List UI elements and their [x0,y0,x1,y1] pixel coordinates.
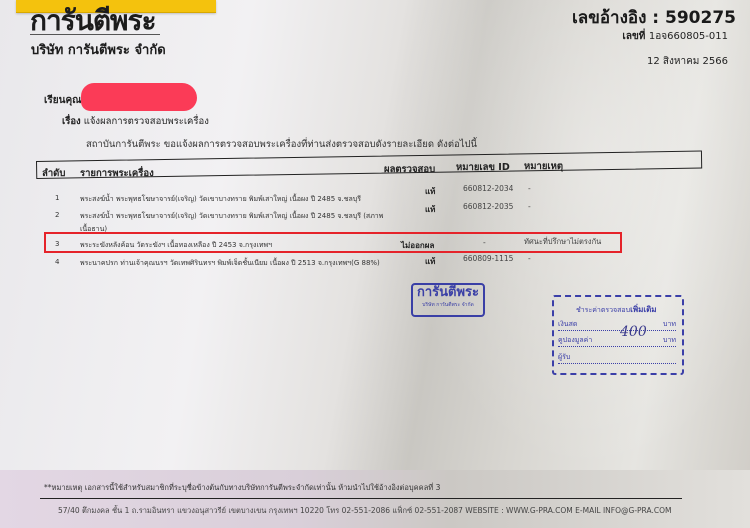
row-3-note: ทัศนะที่ปรึกษาไม่ตรงกัน [524,236,601,248]
row-4-no: 4 [55,258,59,266]
stamp-logo-subtitle: บริษัท การันตีพระ จำกัด [413,301,483,309]
row-1-no: 1 [55,194,59,202]
row-3-id: - [483,238,486,247]
header-no: ลำดับ [42,166,65,181]
coupon-unit: บาท [663,335,676,346]
row-2-result: แท้ [425,203,435,216]
logo-divider [30,34,160,35]
row-1-item: พระสงฆ์น้ำ พระพุทธโฆษาจารย์(เจริญ) วัดเข… [80,194,361,205]
row-3-item: พระระฆังหลังค้อน วัดระฆังฯ เนื้อทองเหลือ… [80,240,272,251]
payment-stamp-title-prefix: ชำระค่าตรวจสอบ [576,306,630,314]
recipient-label: เรียนคุณ [44,93,81,108]
row-3-no: 3 [55,240,59,248]
cash-unit: บาท [663,319,676,330]
row-2-note: - [528,202,531,211]
document-date: 12 สิงหาคม 2566 [647,54,728,69]
row-2-id: 660812-2035 [463,202,513,211]
cash-label: เงินสด [558,320,577,328]
footer-divider [40,498,682,499]
row-1-result: แท้ [425,185,435,198]
document-number-value: 1อจ660805-011 [649,31,728,42]
subject-label: เรื่อง [62,116,81,127]
row-4-note: - [528,254,531,263]
receiver-label: ผู้รับ [558,353,570,361]
row-1-id: 660812-2034 [463,184,513,193]
payment-stamp: ชำระค่าตรวจสอบเพิ่มเติม เงินสด บาท คูปอง… [552,295,684,375]
company-logo: การันตีพระ [30,6,156,36]
reference-number: เลขอ้างอิง : 590275 [572,4,736,31]
document-number-label: เลขที่ [622,31,645,42]
payment-coupon-line: คูปองมูลค่า บาท [558,335,676,347]
row-2-item: พระสงฆ์น้ำ พระพุทธโฆษาจารย์(เจริญ) วัดเข… [80,211,383,222]
subject-line: เรื่อง แจ้งผลการตรวจสอบพระเครื่อง [62,114,209,129]
row-4-item: พระนาคปรก ท่านเจ้าคุณนรฯ วัดเทพศิรินทรฯ … [80,258,380,269]
paper-footer-tint [0,470,750,528]
header-result: ผลตรวจสอบ [384,162,435,177]
row-2-no: 2 [55,211,59,219]
stamp-logo-title: การันตีพระ [413,285,483,301]
row-1-note: - [528,184,531,193]
company-name: บริษัท การันตีพระ จำกัด [31,39,166,60]
header-id: หมายเลข ID [456,160,510,175]
row-3-result: ไม่ออกผล [401,239,434,252]
payment-receiver-line: ผู้รับ [558,352,676,364]
footnote: **หมายเหตุ เอกสารนี้ใช้สำหรับสมาชิกที่ระ… [44,482,440,494]
paper-light-reflection [360,0,750,528]
row-4-id: 660809-1115 [463,254,513,263]
redacted-recipient-name [81,83,197,111]
handwritten-amount: 400 [620,324,647,340]
coupon-label: คูปองมูลค่า [558,336,592,344]
payment-cash-line: เงินสด บาท [558,319,676,331]
intro-paragraph: สถาบันการันตีพระ ขอแจ้งผลการตรวจสอบพระเค… [86,137,477,152]
header-item: รายการพระเครื่อง [80,166,154,181]
payment-stamp-title: ชำระค่าตรวจสอบเพิ่มเติม [576,303,657,316]
subject-text: แจ้งผลการตรวจสอบพระเครื่อง [84,116,209,127]
company-ink-stamp: การันตีพระ บริษัท การันตีพระ จำกัด [411,283,485,317]
payment-stamp-title-bold: เพิ่มเติม [630,305,656,314]
row-4-result: แท้ [425,255,435,268]
header-note: หมายเหตุ [524,159,563,174]
document-number: เลขที่ 1อจ660805-011 [622,29,728,44]
company-address: 57/40 ตึกมงคล ชั้น 1 ถ.รามอินทรา แขวงอนุ… [58,505,671,517]
